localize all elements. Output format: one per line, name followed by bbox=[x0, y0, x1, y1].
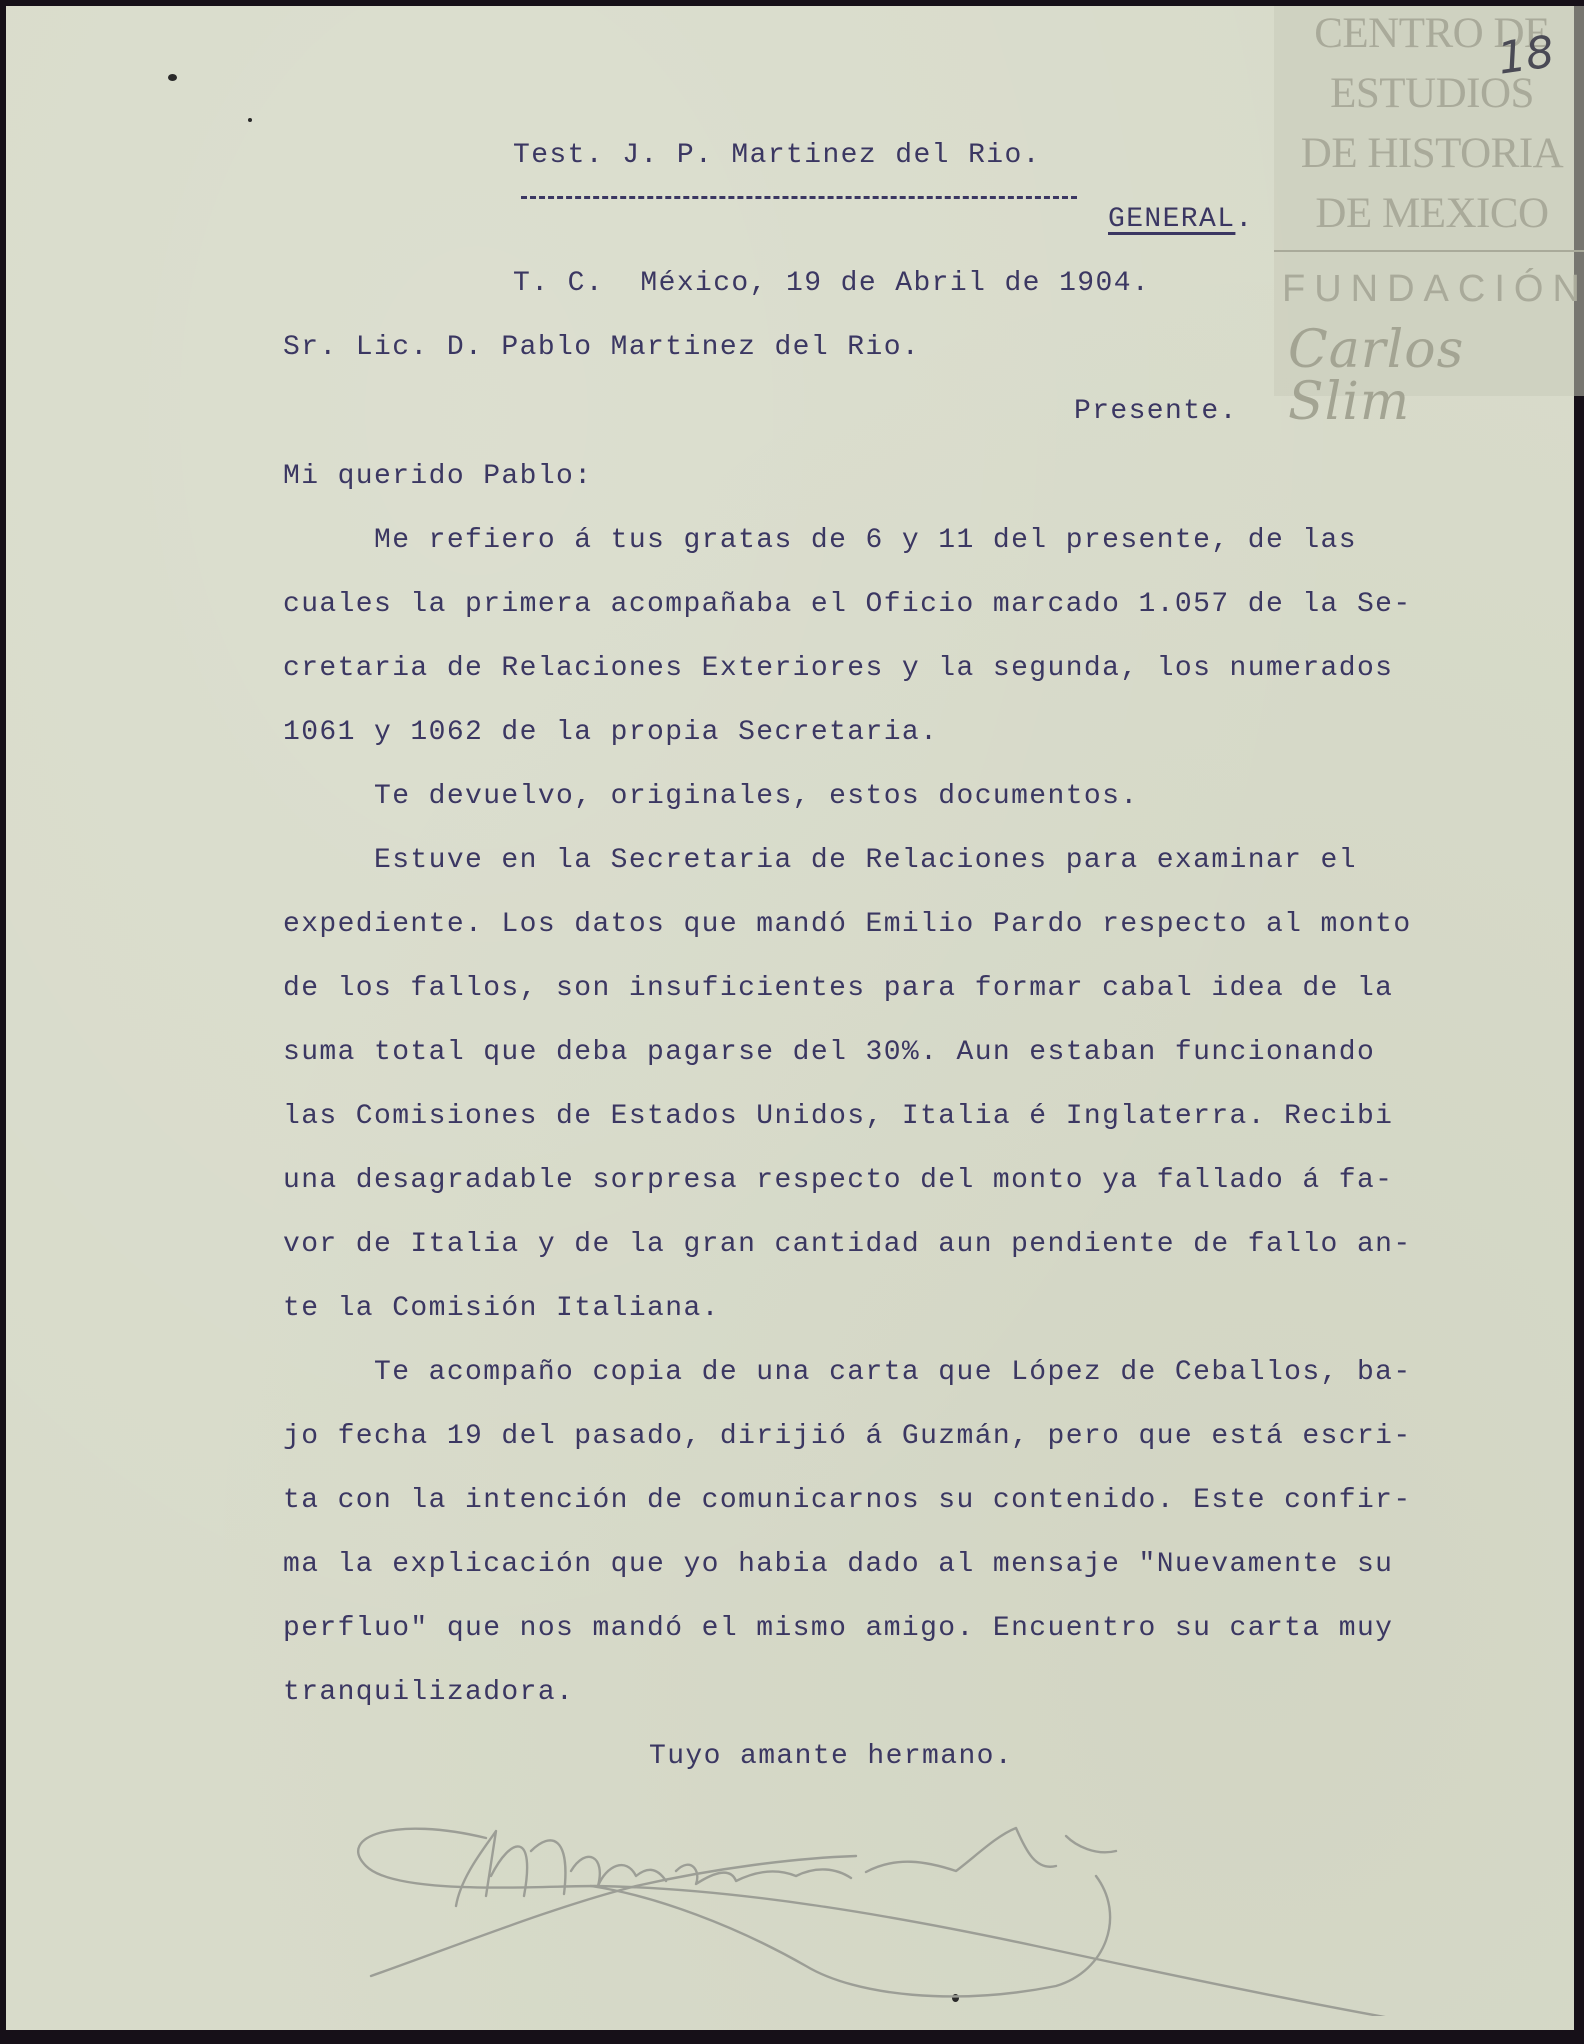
watermark-foundation-label: FUNDACIÓN bbox=[1282, 270, 1584, 308]
body-line: jo fecha 19 del pasado, dirijió á Guzmán… bbox=[283, 1423, 1412, 1451]
body-line: suma total que deba pagarse del 30%. Aun… bbox=[283, 1039, 1375, 1067]
ink-speck bbox=[248, 118, 252, 122]
body-line: Estuve en la Secretaria de Relaciones pa… bbox=[283, 847, 1357, 875]
salutation: Mi querido Pablo: bbox=[283, 463, 592, 491]
handwritten-signature bbox=[336, 1776, 1436, 2016]
body-line: ma la explicación que yo habia dado al m… bbox=[283, 1551, 1393, 1579]
classification-period: . bbox=[1235, 204, 1253, 235]
classification-label: GENERAL. bbox=[1108, 206, 1254, 234]
letter-page: CENTRO DE ESTUDIOS DE HISTORIA DE MEXICO… bbox=[6, 6, 1574, 2030]
body-line: te la Comisión Italiana. bbox=[283, 1295, 720, 1323]
valediction: Tuyo amante hermano. bbox=[649, 1743, 1013, 1771]
body-line: perfluo" que nos mandó el mismo amigo. E… bbox=[283, 1615, 1393, 1643]
classification-text: GENERAL bbox=[1108, 204, 1235, 235]
body-line: de los fallos, son insuficientes para fo… bbox=[283, 975, 1393, 1003]
letter-title: Test. J. P. Martinez del Rio. bbox=[513, 142, 1041, 170]
body-line: Te devuelvo, originales, estos documento… bbox=[283, 783, 1139, 811]
handwritten-page-number: 18 bbox=[1495, 30, 1557, 81]
body-line: 1061 y 1062 de la propia Secretaria. bbox=[283, 719, 938, 747]
body-line: vor de Italia y de la gran cantidad aun … bbox=[283, 1231, 1412, 1259]
body-line: expediente. Los datos que mandó Emilio P… bbox=[283, 911, 1412, 939]
body-line: cretaria de Relaciones Exteriores y la s… bbox=[283, 655, 1393, 683]
ink-speck bbox=[168, 74, 177, 81]
watermark-foundation-name: Carlos Slim bbox=[1288, 324, 1584, 428]
body-line: tranquilizadora. bbox=[283, 1679, 574, 1707]
body-line: las Comisiones de Estados Unidos, Italia… bbox=[283, 1103, 1393, 1131]
recipient-note: Presente. bbox=[1074, 398, 1238, 426]
body-line: cuales la primera acompañaba el Oficio m… bbox=[283, 591, 1412, 619]
body-line: Me refiero á tus gratas de 6 y 11 del pr… bbox=[283, 527, 1357, 555]
body-line: Te acompaño copia de una carta que López… bbox=[283, 1359, 1412, 1387]
body-line: una desagradable sorpresa respecto del m… bbox=[283, 1167, 1393, 1195]
body-line: ta con la intención de comunicarnos su c… bbox=[283, 1487, 1412, 1515]
title-dashed-rule bbox=[521, 196, 1077, 199]
recipient-name: Sr. Lic. D. Pablo Martinez del Rio. bbox=[283, 334, 920, 362]
place-date: T. C. México, 19 de Abril de 1904. bbox=[513, 270, 1150, 298]
watermark-line: DE MEXICO bbox=[1274, 192, 1584, 235]
watermark-line: DE HISTORIA bbox=[1274, 132, 1584, 175]
watermark-divider bbox=[1274, 250, 1584, 252]
